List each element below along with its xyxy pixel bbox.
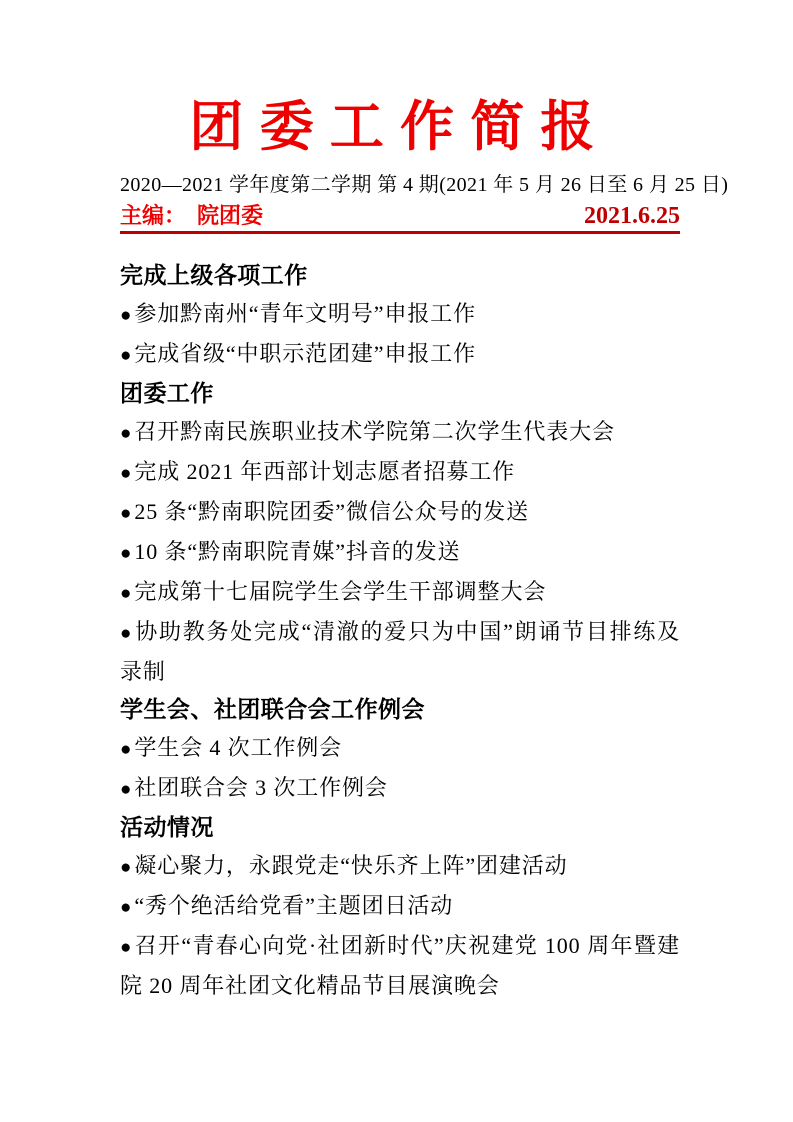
bullet-item: ●召开黔南民族职业技术学院第二次学生代表大会 — [120, 413, 680, 453]
bullet-item-text: 参加黔南州“青年文明号”申报工作 — [134, 301, 476, 326]
bullet-item-text: 25 条“黔南职院团委”微信公众号的发送 — [134, 499, 529, 524]
section-heading: 学生会、社团联合会工作例会 — [120, 691, 680, 729]
bullet-item-text: 完成第十七届院学生会学生干部调整大会 — [134, 579, 546, 604]
bullet-item: ●参加黔南州“青年文明号”申报工作 — [120, 295, 680, 335]
bullet-item-text: 10 条“黔南职院青媒”抖音的发送 — [134, 539, 460, 564]
bullet-icon: ● — [120, 305, 132, 326]
bullet-item: ●召开“青春心向党·社团新时代”庆祝建党 100 周年暨建院 20 周年社团文化… — [120, 927, 680, 1005]
issue-date: 2021.6.25 — [584, 202, 680, 230]
issue-line: 2020—2021 学年度第二学期 第 4 期(2021 年 5 月 26 日至… — [120, 170, 680, 200]
bullet-item: ●学生会 4 次工作例会 — [120, 729, 680, 769]
bullet-item: ●25 条“黔南职院团委”微信公众号的发送 — [120, 493, 680, 533]
document-page: 团委工作简报 2020—2021 学年度第二学期 第 4 期(2021 年 5 … — [0, 0, 793, 1122]
bullet-item-text: 凝心聚力，永跟党走“快乐齐上阵”团建活动 — [134, 853, 567, 878]
bullet-icon: ● — [120, 463, 132, 484]
bullet-item: ●完成 2021 年西部计划志愿者招募工作 — [120, 453, 680, 493]
bullet-icon: ● — [120, 779, 132, 800]
bullet-icon: ● — [120, 543, 132, 564]
bullet-item: ●完成第十七届院学生会学生干部调整大会 — [120, 573, 680, 613]
bullet-icon: ● — [120, 503, 132, 524]
bullet-icon: ● — [120, 897, 132, 918]
bullet-item: ●社团联合会 3 次工作例会 — [120, 769, 680, 809]
bullet-item-text: 社团联合会 3 次工作例会 — [134, 775, 387, 800]
bullet-item: ●“秀个绝活给党看”主题团日活动 — [120, 887, 680, 927]
bullet-item: ●凝心聚力，永跟党走“快乐齐上阵”团建活动 — [120, 847, 680, 887]
bullet-item-text: 协助教务处完成“清澈的爱只为中国”朗诵节目排练及录制 — [120, 619, 680, 684]
bullet-item-text: 完成 2021 年西部计划志愿者招募工作 — [134, 459, 515, 484]
doc-title: 团委工作简报 — [120, 96, 680, 158]
red-divider-rule — [120, 231, 680, 234]
bullet-item-text: 学生会 4 次工作例会 — [134, 735, 342, 760]
bullet-icon: ● — [120, 739, 132, 760]
editor-label: 主编： 院团委 — [120, 202, 263, 230]
section-heading: 完成上级各项工作 — [120, 257, 680, 295]
bullet-item: ●协助教务处完成“清澈的爱只为中国”朗诵节目排练及录制 — [120, 613, 680, 691]
bullet-item-text: 召开黔南民族职业技术学院第二次学生代表大会 — [134, 419, 614, 444]
bullet-icon: ● — [120, 857, 132, 878]
bullet-icon: ● — [120, 583, 132, 604]
section-heading: 活动情况 — [120, 809, 680, 847]
document-body: 完成上级各项工作 ●参加黔南州“青年文明号”申报工作 ●完成省级“中职示范团建”… — [120, 257, 680, 1005]
bullet-item-text: “秀个绝活给党看”主题团日活动 — [134, 893, 453, 918]
bullet-item-text: 完成省级“中职示范团建”申报工作 — [134, 341, 476, 366]
bullet-icon: ● — [120, 345, 132, 366]
masthead: 团委工作简报 2020—2021 学年度第二学期 第 4 期(2021 年 5 … — [120, 96, 680, 234]
section-heading: 团委工作 — [120, 375, 680, 413]
editor-row: 主编： 院团委 2021.6.25 — [120, 202, 680, 230]
bullet-item-text: 召开“青春心向党·社团新时代”庆祝建党 100 周年暨建院 20 周年社团文化精… — [120, 933, 680, 998]
bullet-icon: ● — [120, 423, 132, 444]
bullet-item: ●完成省级“中职示范团建”申报工作 — [120, 335, 680, 375]
bullet-icon: ● — [120, 623, 133, 644]
bullet-icon: ● — [120, 937, 133, 958]
bullet-item: ●10 条“黔南职院青媒”抖音的发送 — [120, 533, 680, 573]
